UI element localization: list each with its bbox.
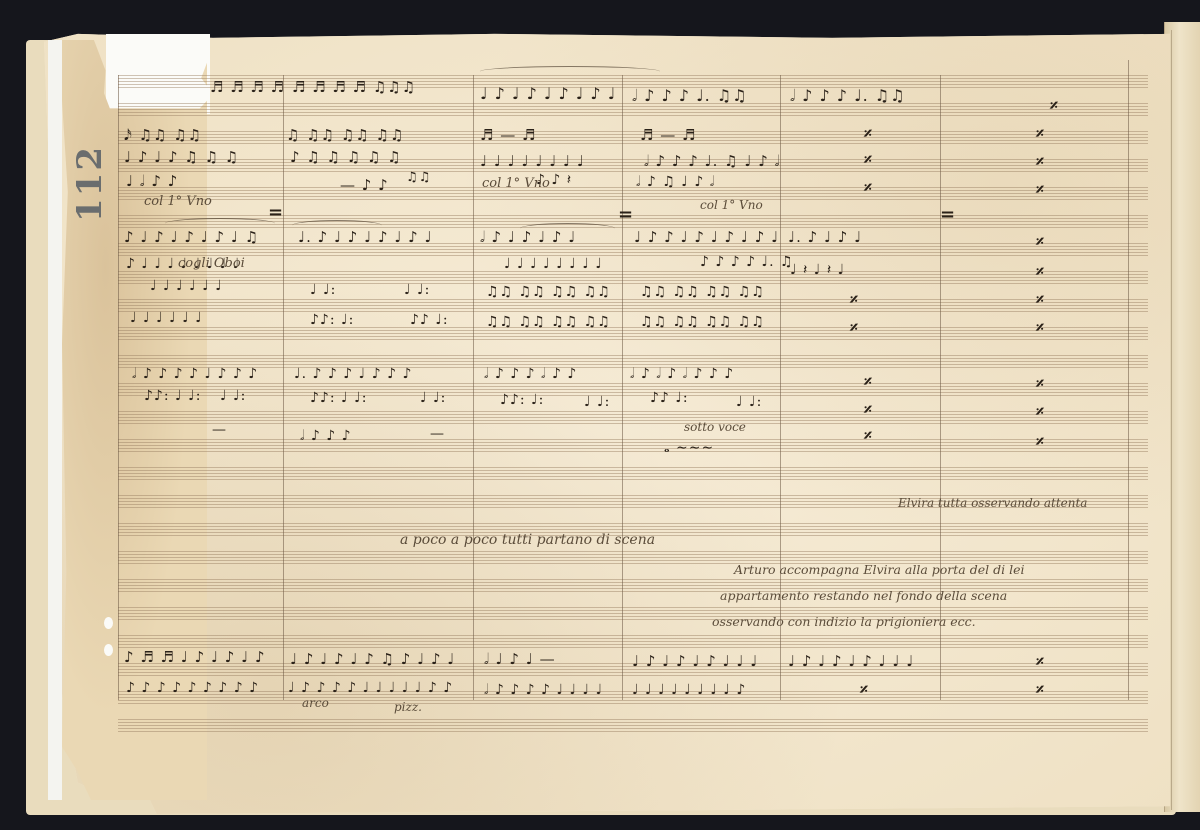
notes-s3-r2-m3: ♩ ♩ ♩ ♩ ♩ ♩ ♩ ♩ ♪ (632, 682, 746, 698)
notes-s3-r1-m1: ♩ ♪ ♩ ♪ ♩ ♪ ♫ ♪ ♩ ♪ ♩ (290, 650, 455, 668)
page-number: 112 (70, 145, 110, 222)
notes-s2-r3-m1: ♩ ♩: (310, 282, 336, 298)
staff (118, 159, 1148, 171)
repeat-mark: 𝄎 (860, 680, 868, 700)
repeat-mark: 𝄎 (850, 318, 858, 338)
notes-s2-r1-m0: ♪ ♩ ♪ ♩ ♪ ♩ ♪ ♩ ♫ (124, 228, 259, 246)
barline-system-1 (118, 75, 119, 700)
repeat-mark: 𝄎 (1036, 402, 1044, 422)
notes-s2-r5-m2: 𝅗𝅥 ♪ ♪ ♪ 𝅗𝅥 ♪ ♪ (484, 366, 577, 382)
annotation-pizz: pizz. (394, 700, 422, 714)
notes-s2-r7-m1: 𝅗𝅥 ♪ ♪ ♪ (300, 428, 352, 444)
notes-s1-r1-m0: ♬ ♬ ♬ ♬ (210, 78, 285, 96)
notes-s3-r2-m2: 𝅗𝅥 ♪ ♪ ♪ ♪ ♩ ♩ ♩ ♩ (484, 682, 603, 698)
barline-m5 (940, 75, 941, 700)
slur (480, 66, 660, 77)
white-backing-insert (106, 34, 210, 114)
stage-direction-arturo-1: Arturo accompagna Elvira alla porta del … (734, 562, 1024, 577)
annotation-cogli-oboi: cogli Oboi (178, 256, 245, 271)
notes-s2-r6-m3b: ♩ ♩: (736, 394, 762, 410)
staff (118, 607, 1148, 619)
notes-s2-r6-m3: ♪♪ ♩: (650, 390, 689, 406)
notes-s2-r1-m1: ♩. ♪ ♩ ♪ ♩ ♪ ♩ ♪ ♩ (298, 228, 433, 246)
repeat-mark: 𝄎 (1036, 318, 1044, 338)
stage-direction-elvira: Elvira tutta osservando attenta (898, 496, 1087, 510)
notes-s3-r1-m2: 𝅗𝅥 ♩ ♪ ♩ — (484, 650, 556, 668)
notes-s2-r3-m1b: ♩ ♩: (404, 282, 430, 298)
spine-line (1171, 30, 1172, 810)
notes-s2-r3-m2: ♫♫ ♫♫ ♫♫ ♫♫ (486, 284, 611, 300)
white-backing-strip (48, 40, 62, 800)
notes-s2-r4-m0: ♩ ♩ ♩ ♩ ♩ ♩ (130, 310, 203, 326)
notes-s2-r5-m1: ♩. ♪ ♪ ♪ ♩ ♪ ♪ ♪ (294, 366, 412, 382)
staff (118, 635, 1148, 647)
staff (118, 719, 1148, 731)
stage-direction-exit: a poco a poco tutti partano di scena (400, 532, 655, 548)
notes-s2-r2-m2: ♩ ♩ ♩ ♩ ♩ ♩ ♩ ♩ (504, 256, 603, 272)
annotation-col-primo-violino: col 1° Vno (482, 176, 550, 191)
notes-s1-r1-m4: 𝅗𝅥 ♪ ♪ ♪ ♩. ♫♫ (790, 86, 905, 106)
rest-dash: — (430, 426, 445, 442)
notes-s1-r1-m2: ♩ ♪ ♩ ♪ ♩ ♪ ♩ ♪ ♩ (480, 84, 616, 103)
repeat-mark: 𝄎 (1036, 124, 1044, 144)
notes-s1-r2-m2: ♬ — ♬ (480, 126, 536, 144)
staff (118, 271, 1148, 283)
notes-s1-r2-m0: 𝅘𝅥𝅯 ♫♫ ♫♫ (124, 126, 202, 144)
repeat-mark: 𝄎 (1036, 290, 1044, 310)
notes-s1-r1-m1: ♬ ♬ ♬ ♬ ♫♫♫ (292, 78, 416, 96)
notes-s2-r3-m0: ♩ ♩ ♩ ♩ ♩ ♩ (150, 278, 223, 294)
notes-s1-r4-m4: 𝅗𝅥 ♪ ♫ ♩ ♪ 𝅗𝅥 (636, 174, 715, 190)
staff (118, 131, 1148, 143)
notes-s1-r3-m0: ♩ ♪ ♩ ♪ ♫ ♫ ♫ (124, 148, 239, 166)
notes-s1-r4-m2: ♫♫ (406, 170, 431, 185)
double-bar-mark: = (940, 204, 955, 225)
repeat-mark: 𝄎 (1036, 152, 1044, 172)
notes-s2-r8-m3: 𝅝 ∼∼∼ (664, 440, 714, 456)
repeat-mark: 𝄎 (1036, 432, 1044, 452)
notes-s2-r4-m1: ♪♪: ♩: (310, 312, 354, 328)
notes-s2-r1-m3: ♩ ♪ ♪ ♩ ♪ ♩ ♪ ♩ ♪ ♩ (634, 228, 779, 246)
repeat-mark: 𝄎 (850, 290, 858, 310)
notes-s2-r5-m3: 𝅗𝅥 ♪ 𝅗𝅥 ♪ 𝅗𝅥 ♪ ♪ ♪ (630, 366, 734, 382)
notes-s2-r1-m4: ♩. ♪ ♩ ♪ ♩ (788, 228, 862, 246)
notes-s2-r2-m3: ♪ ♪ ♪ ♪ ♩. ♫ (700, 254, 794, 270)
notes-s1-r1-m3: 𝅗𝅥 ♪ ♪ ♪ ♩. ♫♫ (632, 86, 747, 106)
notes-s2-r6-m2b: ♩ ♩: (584, 394, 610, 410)
repeat-mark: 𝄎 (864, 150, 872, 170)
staff (118, 243, 1148, 255)
notes-s1-r4-m0: ♩ 𝅗𝅥 ♪ ♪ (126, 172, 178, 190)
notes-s1-r3-m3: 𝅗𝅥 ♪ ♪ ♪ ♩. ♫ ♩ ♪ 𝅗𝅥 (644, 152, 780, 170)
staff (118, 299, 1148, 311)
staff (118, 439, 1148, 451)
repeat-mark: 𝄎 (864, 178, 872, 198)
notes-s2-r2-m4: ♩ 𝄽 ♩ 𝄽 ♩ (790, 262, 845, 278)
double-bar-mark: = (618, 204, 633, 225)
barline-m3 (622, 75, 623, 700)
notes-s2-r6-m1b: ♪♪: ♩ ♩: (310, 390, 367, 406)
staff (118, 383, 1148, 395)
repeat-mark: 𝄎 (1036, 180, 1044, 200)
notes-s3-r2-m1: ♩ ♪ ♪ ♪ ♪ ♩ ♩ ♩ ♩ ♩ ♪ ♪ (288, 680, 453, 696)
notes-s2-r6-m1c: ♩ ♩: (420, 390, 446, 406)
staff (118, 467, 1148, 479)
annotation-sotto-voce: sotto voce (684, 420, 746, 434)
notes-s1-r4-m1: — ♪ ♪ (340, 176, 389, 194)
repeat-mark: 𝄎 (864, 400, 872, 420)
annotation-col-primo-violino: col 1° Vno (144, 194, 212, 209)
annotation-arco: arco (302, 696, 329, 710)
barline-m2 (473, 75, 474, 700)
repeat-mark: 𝄎 (1036, 232, 1044, 252)
notes-s2-r6-m0: ♪♪: ♩ ♩: (144, 388, 201, 404)
notes-s2-r3-m3: ♫♫ ♫♫ ♫♫ ♫♫ (640, 284, 765, 300)
notes-s1-r3-m1: ♪ ♫ ♫ ♫ ♫ ♫ (290, 148, 402, 166)
notes-s2-r4-m3: ♫♫ ♫♫ ♫♫ ♫♫ (640, 314, 765, 330)
notes-s2-r1-m2: 𝅗𝅥 ♪ ♩ ♪ ♩ ♪ ♩ (480, 228, 576, 246)
repeat-mark: 𝄎 (864, 124, 872, 144)
stage-direction-arturo-2: appartamento restando nel fondo della sc… (720, 588, 1007, 603)
double-bar-mark: = (268, 202, 283, 223)
notes-s2-r6-m1: ♩ ♩: (220, 388, 246, 404)
notes-s3-r1-m3: ♩ ♪ ♩ ♪ ♩ ♪ ♩ ♩ ♩ (632, 652, 758, 670)
repeat-mark: 𝄎 (864, 372, 872, 392)
repeat-mark: 𝄎 (1036, 652, 1044, 672)
notes-s1-r2-m3: ♬ — ♬ (640, 126, 696, 144)
notes-s2-r4-m1b: ♪♪ ♩: (410, 312, 449, 328)
annotation-col-primo-violino: col 1° Vno (700, 198, 763, 212)
barline-m1 (283, 75, 284, 700)
staff (118, 411, 1148, 423)
staff (118, 327, 1148, 339)
notes-s3-r2-m0: ♪ ♪ ♪ ♪ ♪ ♪ ♪ ♪ ♪ (126, 680, 259, 696)
notes-s1-r3-m2: ♩ ♩ ♩ ♩ ♩ ♩ ♩ ♩ (480, 152, 585, 170)
notes-s2-r6-m2: ♪♪: ♩: (500, 392, 544, 408)
notes-s3-r1-m0: ♪ ♬ ♬ ♩ ♪ ♩ ♪ ♩ ♪ (124, 648, 266, 666)
notes-s3-r1-m4: ♩ ♪ ♩ ♪ ♩ ♪ ♩ ♩ ♩ (788, 652, 914, 670)
repeat-mark: 𝄎 (1036, 374, 1044, 394)
repeat-mark: 𝄎 (1050, 96, 1058, 116)
notes-s2-r5-m0: 𝅗𝅥 ♪ ♪ ♪ ♪ ♩ ♪ ♪ ♪ (132, 366, 258, 382)
repeat-mark: 𝄎 (864, 426, 872, 446)
repeat-mark: 𝄎 (1036, 680, 1044, 700)
stage-direction-arturo-3: osservando con indizio la prigioniera ec… (712, 614, 976, 629)
notes-s1-r2-m1: ♫ ♫♫ ♫♫ ♫♫ (286, 126, 404, 144)
staff (118, 187, 1148, 199)
barline-end (1128, 60, 1129, 700)
repeat-mark: 𝄎 (1036, 262, 1044, 282)
notes-s2-r4-m2: ♫♫ ♫♫ ♫♫ ♫♫ (486, 314, 611, 330)
rest-dash: — (212, 422, 227, 438)
